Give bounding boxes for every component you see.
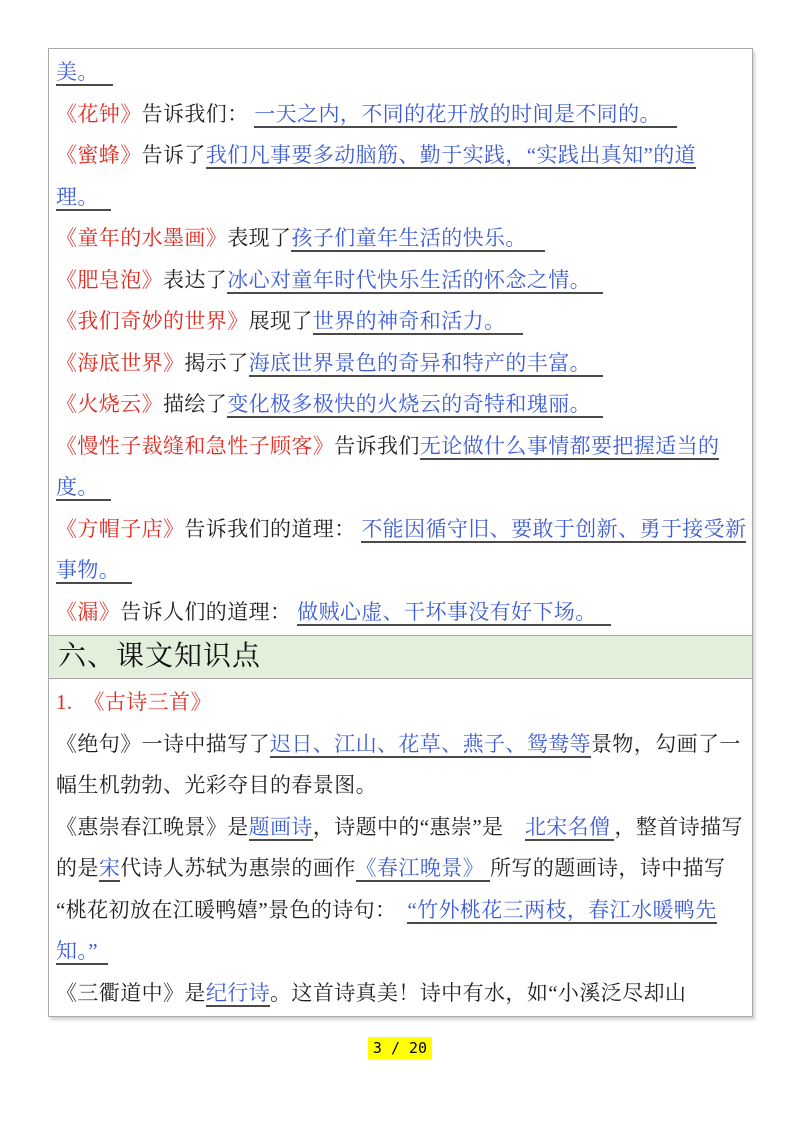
work-title-text: 《童年的水墨画》: [56, 226, 227, 250]
work-title-text: 《方帽子店》: [56, 517, 184, 541]
work-title-text: 《我们奇妙的世界》: [56, 309, 249, 333]
body-text: 告诉人们的道理：: [120, 600, 297, 624]
body-text: 《绝句》一诗中描写了: [56, 732, 270, 756]
answer-blank-text: 事物。: [56, 558, 132, 584]
text-line: 幅生机勃勃、光彩夺目的春景图。: [56, 765, 746, 807]
body-text: “桃花初放在江暖鸭嬉”景色的诗句：: [56, 898, 407, 922]
page-indicator: 3 / 20: [368, 1037, 432, 1059]
work-title-text: 《漏》: [56, 600, 120, 624]
body-text: 告诉我们: [334, 434, 420, 458]
work-title-text: 《海底世界》: [56, 351, 184, 375]
body-text: 幅生机勃勃、光彩夺目的春景图。: [56, 773, 377, 797]
text-line: 《花钟》告诉我们： 一天之内，不同的花开放的时间是不同的。: [56, 94, 746, 136]
section-header-text: 六、课文知识点: [58, 641, 261, 672]
text-line: 《三衢道中》是纪行诗。这首诗真美！诗中有水，如“小溪泛尽却山: [56, 973, 746, 1015]
answer-blank-text: 不能因循守旧、要敢于创新、勇于接受新: [361, 517, 746, 543]
body-text: 表达了: [163, 268, 227, 292]
body-text: 告诉我们的道理：: [184, 517, 361, 541]
answer-blank-text: 做贼心虚、干坏事没有好下场。: [297, 600, 611, 626]
answer-blank-text: 宋: [99, 856, 120, 882]
answer-blank-text: 知。”: [56, 939, 108, 965]
body-text: 《三衢道中》是: [56, 981, 206, 1005]
answer-blank-text: 我们凡事要多动脑筋、勤于实践，“实践出真知”的道: [206, 143, 696, 169]
text-line: 理。: [56, 177, 746, 219]
document-page-box: 美。《花钟》告诉我们： 一天之内，不同的花开放的时间是不同的。《蜜蜂》告诉了我们…: [48, 48, 753, 1017]
body-text: 《惠崇春江晚景》是: [56, 815, 249, 839]
work-title-text: 《火烧云》: [56, 392, 163, 416]
body-text: 描绘了: [163, 392, 227, 416]
work-title-text: 《肥皂泡》: [56, 268, 163, 292]
answer-blank-text: “竹外桃花三两枝，春江水暖鸭先: [407, 898, 716, 924]
answer-blank-text: 海底世界景色的奇异和特产的丰富。: [249, 351, 603, 377]
body-text: 的是: [56, 856, 99, 880]
answer-blank-text: 《春江晚景》: [356, 856, 490, 882]
text-line: 《蜜蜂》告诉了我们凡事要多动脑筋、勤于实践，“实践出真知”的道: [56, 135, 746, 177]
body-text: 代诗人苏轼为惠崇的画作: [120, 856, 355, 880]
body-text: 所写的题画诗，诗中描写: [490, 856, 725, 880]
text-line: 《惠崇春江晚景》是题画诗，诗题中的“惠崇”是 北宋名僧，整首诗描写: [56, 807, 746, 849]
work-title-text: 《蜜蜂》: [56, 143, 142, 167]
lesson-knowledge-section: 1. 《古诗三首》《绝句》一诗中描写了迟日、江山、花草、燕子、鸳鸯等景物，勾画了…: [49, 679, 752, 1016]
body-text: 告诉我们：: [142, 102, 255, 126]
answer-blank-text: 美。: [56, 60, 113, 86]
body-text: 表现了: [227, 226, 291, 250]
text-line: 度。: [56, 467, 746, 509]
text-line: 的是宋代诗人苏轼为惠崇的画作《春江晚景》所写的题画诗，诗中描写: [56, 848, 746, 890]
text-line: 知。”: [56, 931, 746, 973]
answer-blank-text: 孩子们童年生活的快乐。: [291, 226, 544, 252]
text-line: 1. 《古诗三首》: [56, 682, 746, 724]
body-text: 告诉了: [142, 143, 206, 167]
text-line: 《海底世界》揭示了海底世界景色的奇异和特产的丰富。: [56, 343, 746, 385]
literature-summary-section: 美。《花钟》告诉我们： 一天之内，不同的花开放的时间是不同的。《蜜蜂》告诉了我们…: [49, 49, 752, 635]
answer-blank-text: 迟日、江山、花草、燕子、鸳鸯等: [270, 732, 591, 758]
text-line: 《肥皂泡》表达了冰心对童年时代快乐生活的怀念之情。: [56, 260, 746, 302]
answer-blank-text: 理。: [56, 185, 111, 211]
answer-blank-text: 题画诗: [249, 815, 313, 841]
text-line: 美。: [56, 52, 746, 94]
answer-blank-text: 世界的神奇和活力。: [313, 309, 524, 335]
answer-blank-text: 北宋名僧: [525, 815, 615, 841]
text-line: 《绝句》一诗中描写了迟日、江山、花草、燕子、鸳鸯等景物，勾画了一: [56, 724, 746, 766]
text-line: 《童年的水墨画》表现了孩子们童年生活的快乐。: [56, 218, 746, 260]
section-header-band: 六、课文知识点: [49, 635, 752, 679]
body-text: 。这首诗真美！诗中有水，如“小溪泛尽却山: [270, 981, 686, 1005]
body-text: 景物，勾画了一: [591, 732, 741, 756]
body-text: 揭示了: [184, 351, 248, 375]
work-title-text: 1. 《古诗三首》: [56, 690, 212, 714]
answer-blank-text: 冰心对童年时代快乐生活的怀念之情。: [227, 268, 603, 294]
work-title-text: 《花钟》: [56, 102, 142, 126]
work-title-text: 《慢性子裁缝和急性子顾客》: [56, 434, 334, 458]
text-line: 《我们奇妙的世界》展现了世界的神奇和活力。: [56, 301, 746, 343]
text-line: “桃花初放在江暖鸭嬉”景色的诗句： “竹外桃花三两枝，春江水暖鸭先: [56, 890, 746, 932]
answer-blank-text: 度。: [56, 475, 111, 501]
body-text: ，诗题中的“惠崇”是: [313, 815, 525, 839]
text-line: 《火烧云》描绘了变化极多极快的火烧云的奇特和瑰丽。: [56, 384, 746, 426]
answer-blank-text: 纪行诗: [206, 981, 270, 1007]
body-text: 展现了: [249, 309, 313, 333]
page-footer: 3 / 20: [0, 1037, 800, 1059]
answer-blank-text: 无论做什么事情都要把握适当的: [420, 434, 720, 460]
text-line: 《漏》告诉人们的道理： 做贼心虚、干坏事没有好下场。: [56, 592, 746, 634]
text-line: 事物。: [56, 550, 746, 592]
text-line: 《方帽子店》告诉我们的道理： 不能因循守旧、要敢于创新、勇于接受新: [56, 509, 746, 551]
text-line: 《慢性子裁缝和急性子顾客》告诉我们无论做什么事情都要把握适当的: [56, 426, 746, 468]
answer-blank-text: 变化极多极快的火烧云的奇特和瑰丽。: [227, 392, 603, 418]
answer-blank-text: 一天之内，不同的花开放的时间是不同的。: [254, 102, 677, 128]
body-text: ，整首诗描写: [614, 815, 742, 839]
